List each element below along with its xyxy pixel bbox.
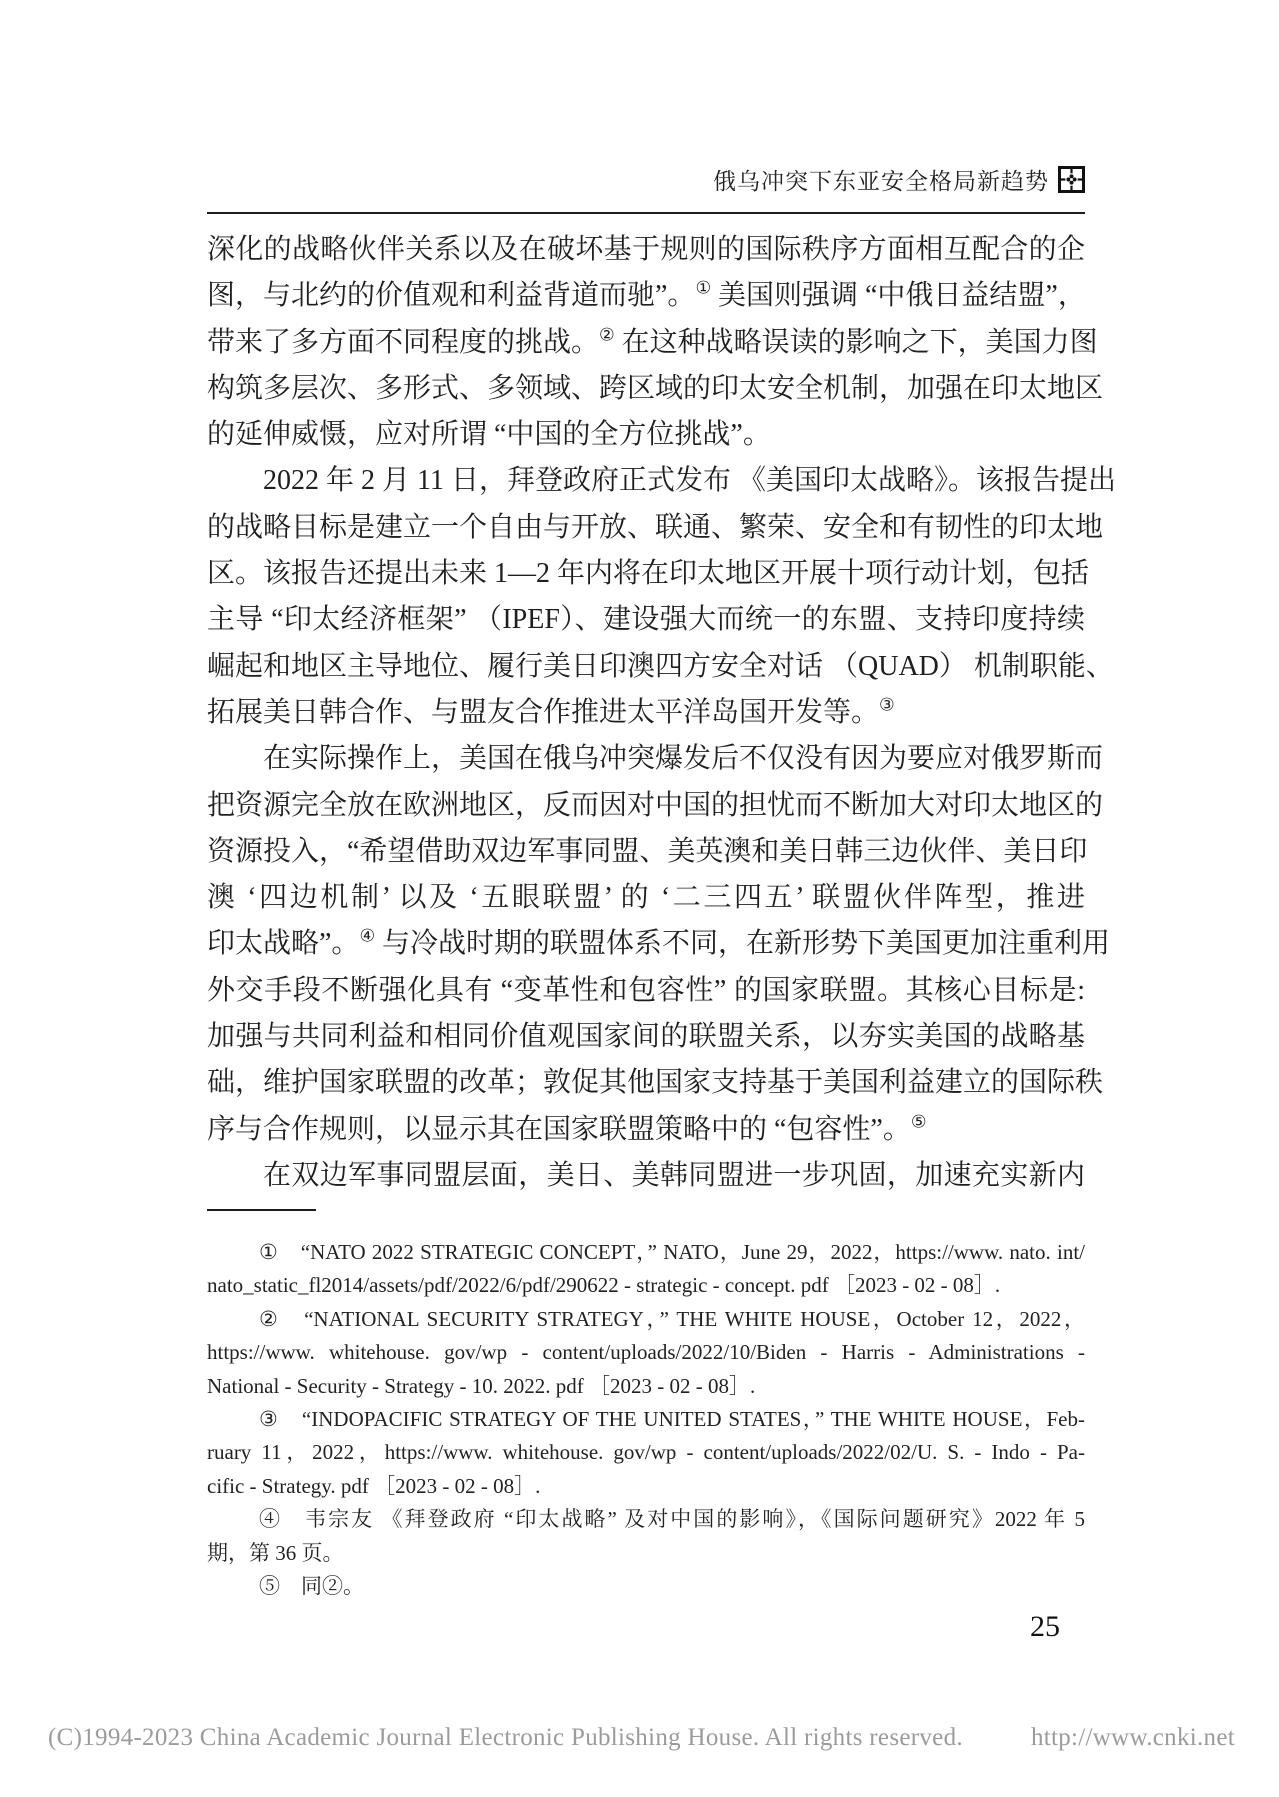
footnote-line: ② “NATIONAL SECURITY STRATEGY，” THE WHIT… [207, 1303, 1085, 1336]
footnote-item: ⑤ 同②。 [207, 1570, 1085, 1603]
body-line: 的战略目标是建立一个自由与开放、联通、繁荣、安全和有韧性的印太地 [207, 505, 1085, 551]
body-line: 把资源完全放在欧洲地区，反而因对中国的担忧而不断加大对印太地区的 [207, 783, 1085, 829]
body-line: 在实际操作上，美国在俄乌冲突爆发后不仅没有因为要应对俄罗斯而 [207, 736, 1085, 782]
paragraph: 在实际操作上，美国在俄乌冲突爆发后不仅没有因为要应对俄罗斯而 把资源完全放在欧洲… [207, 736, 1085, 1153]
footnote-item: ④ 韦宗友 《拜登政府 “印太战略” 及对中国的影响》，《国际问题研究》2022… [207, 1503, 1085, 1570]
body-line: 础，维护国家联盟的改革；敦促其他国家支持基于美国利益建立的国际秩 [207, 1060, 1085, 1106]
footnote-item: ③ “INDOPACIFIC STRATEGY OF THE UNITED ST… [207, 1403, 1085, 1503]
square-flower-ornament-icon [1058, 166, 1085, 193]
body-line: 序与合作规则，以显示其在国家联盟策略中的 “包容性”。⑤ [207, 1107, 1085, 1153]
paragraph: 2022 年 2 月 11 日，拜登政府正式发布 《美国印太战略》。该报告提出 … [207, 458, 1085, 736]
paragraph: 深化的战略伙伴关系以及在破坏基于规则的国际秩序方面相互配合的企 图，与北约的价值… [207, 227, 1085, 458]
body-line: 图，与北约的价值观和利益背道而驰”。① 美国则强调 “中俄日益结盟”， [207, 273, 1085, 319]
body-line: 资源投入，“希望借助双边军事同盟、美英澳和美日韩三边伙伴、美日印 [207, 829, 1085, 875]
footnote-line: nato_static_fl2014/assets/pdf/2022/6/pdf… [207, 1269, 1085, 1302]
body-line: 在双边军事同盟层面，美日、美韩同盟进一步巩固，加速充实新内 [207, 1153, 1085, 1199]
header-divider [207, 212, 1085, 214]
footnote-line: 期，第 36 页。 [207, 1537, 1085, 1570]
body-line: 构筑多层次、多形式、多领域、跨区域的印太安全机制，加强在印太地区 [207, 366, 1085, 412]
page-number: 25 [1030, 1610, 1060, 1644]
footnote-line: cific - Strategy. pdf ［2023 - 02 - 08］. [207, 1470, 1085, 1503]
footnote-line: ruary 11，2022，https://www. whitehouse. g… [207, 1436, 1085, 1469]
body-line: 加强与共同利益和相同价值观国家间的联盟关系，以夯实美国的战略基 [207, 1014, 1085, 1060]
body-line: 带来了多方面不同程度的挑战。② 在这种战略误读的影响之下，美国力图 [207, 320, 1085, 366]
footnote-line: ① “NATO 2022 STRATEGIC CONCEPT，” NATO，Ju… [207, 1236, 1085, 1269]
footnotes: ① “NATO 2022 STRATEGIC CONCEPT，” NATO，Ju… [207, 1236, 1085, 1603]
footnote-item: ② “NATIONAL SECURITY STRATEGY，” THE WHIT… [207, 1303, 1085, 1403]
footnote-separator [207, 1209, 316, 1211]
body-line: 印太战略”。④ 与冷战时期的联盟体系不同，在新形势下美国更加注重利用 [207, 921, 1085, 967]
body-line: 2022 年 2 月 11 日，拜登政府正式发布 《美国印太战略》。该报告提出 [207, 458, 1085, 504]
footer-copyright: (C)1994-2023 China Academic Journal Elec… [48, 1724, 963, 1752]
article-body: 深化的战略伙伴关系以及在破坏基于规则的国际秩序方面相互配合的企 图，与北约的价值… [207, 227, 1085, 1199]
body-line: 澳 ‘四边机制’ 以及 ‘五眼联盟’ 的 ‘二三四五’ 联盟伙伴阵型，推进 [207, 875, 1085, 921]
body-line: 主导 “印太经济框架” （IPEF）、建设强大而统一的东盟、支持印度持续 [207, 597, 1085, 643]
footer-url: http://www.cnki.net [1031, 1724, 1235, 1752]
body-line: 崛起和地区主导地位、履行美日印澳四方安全对话 （QUAD） 机制职能、 [207, 644, 1085, 690]
footnote-line: ④ 韦宗友 《拜登政府 “印太战略” 及对中国的影响》，《国际问题研究》2022… [207, 1503, 1085, 1536]
body-line: 区。该报告还提出未来 1—2 年内将在印太地区开展十项行动计划，包括 [207, 551, 1085, 597]
body-line: 拓展美日韩合作、与盟友合作推进太平洋岛国开发等。③ [207, 690, 1085, 736]
running-head-title: 俄乌冲突下东亚安全格局新趋势 [713, 163, 1049, 196]
footnote-line: ⑤ 同②。 [207, 1570, 1085, 1603]
scan-footer: (C)1994-2023 China Academic Journal Elec… [48, 1724, 1235, 1752]
body-line: 深化的战略伙伴关系以及在破坏基于规则的国际秩序方面相互配合的企 [207, 227, 1085, 273]
document-page: 俄乌冲突下东亚安全格局新趋势 深化的战略伙伴关系以及在破坏基于规则的国际秩序方面… [0, 0, 1279, 1797]
paragraph: 在双边军事同盟层面，美日、美韩同盟进一步巩固，加速充实新内 [207, 1153, 1085, 1199]
body-line: 外交手段不断强化具有 “变革性和包容性” 的国家联盟。其核心目标是: [207, 968, 1085, 1014]
body-line: 的延伸威慑，应对所谓 “中国的全方位挑战”。 [207, 412, 1085, 458]
footnote-item: ① “NATO 2022 STRATEGIC CONCEPT，” NATO，Ju… [207, 1236, 1085, 1303]
page-header: 俄乌冲突下东亚安全格局新趋势 [207, 156, 1085, 202]
footnote-line: ③ “INDOPACIFIC STRATEGY OF THE UNITED ST… [207, 1403, 1085, 1436]
footnote-line: National - Security - Strategy - 10. 202… [207, 1370, 1085, 1403]
footnote-line: https://www. whitehouse. gov/wp - conten… [207, 1336, 1085, 1369]
